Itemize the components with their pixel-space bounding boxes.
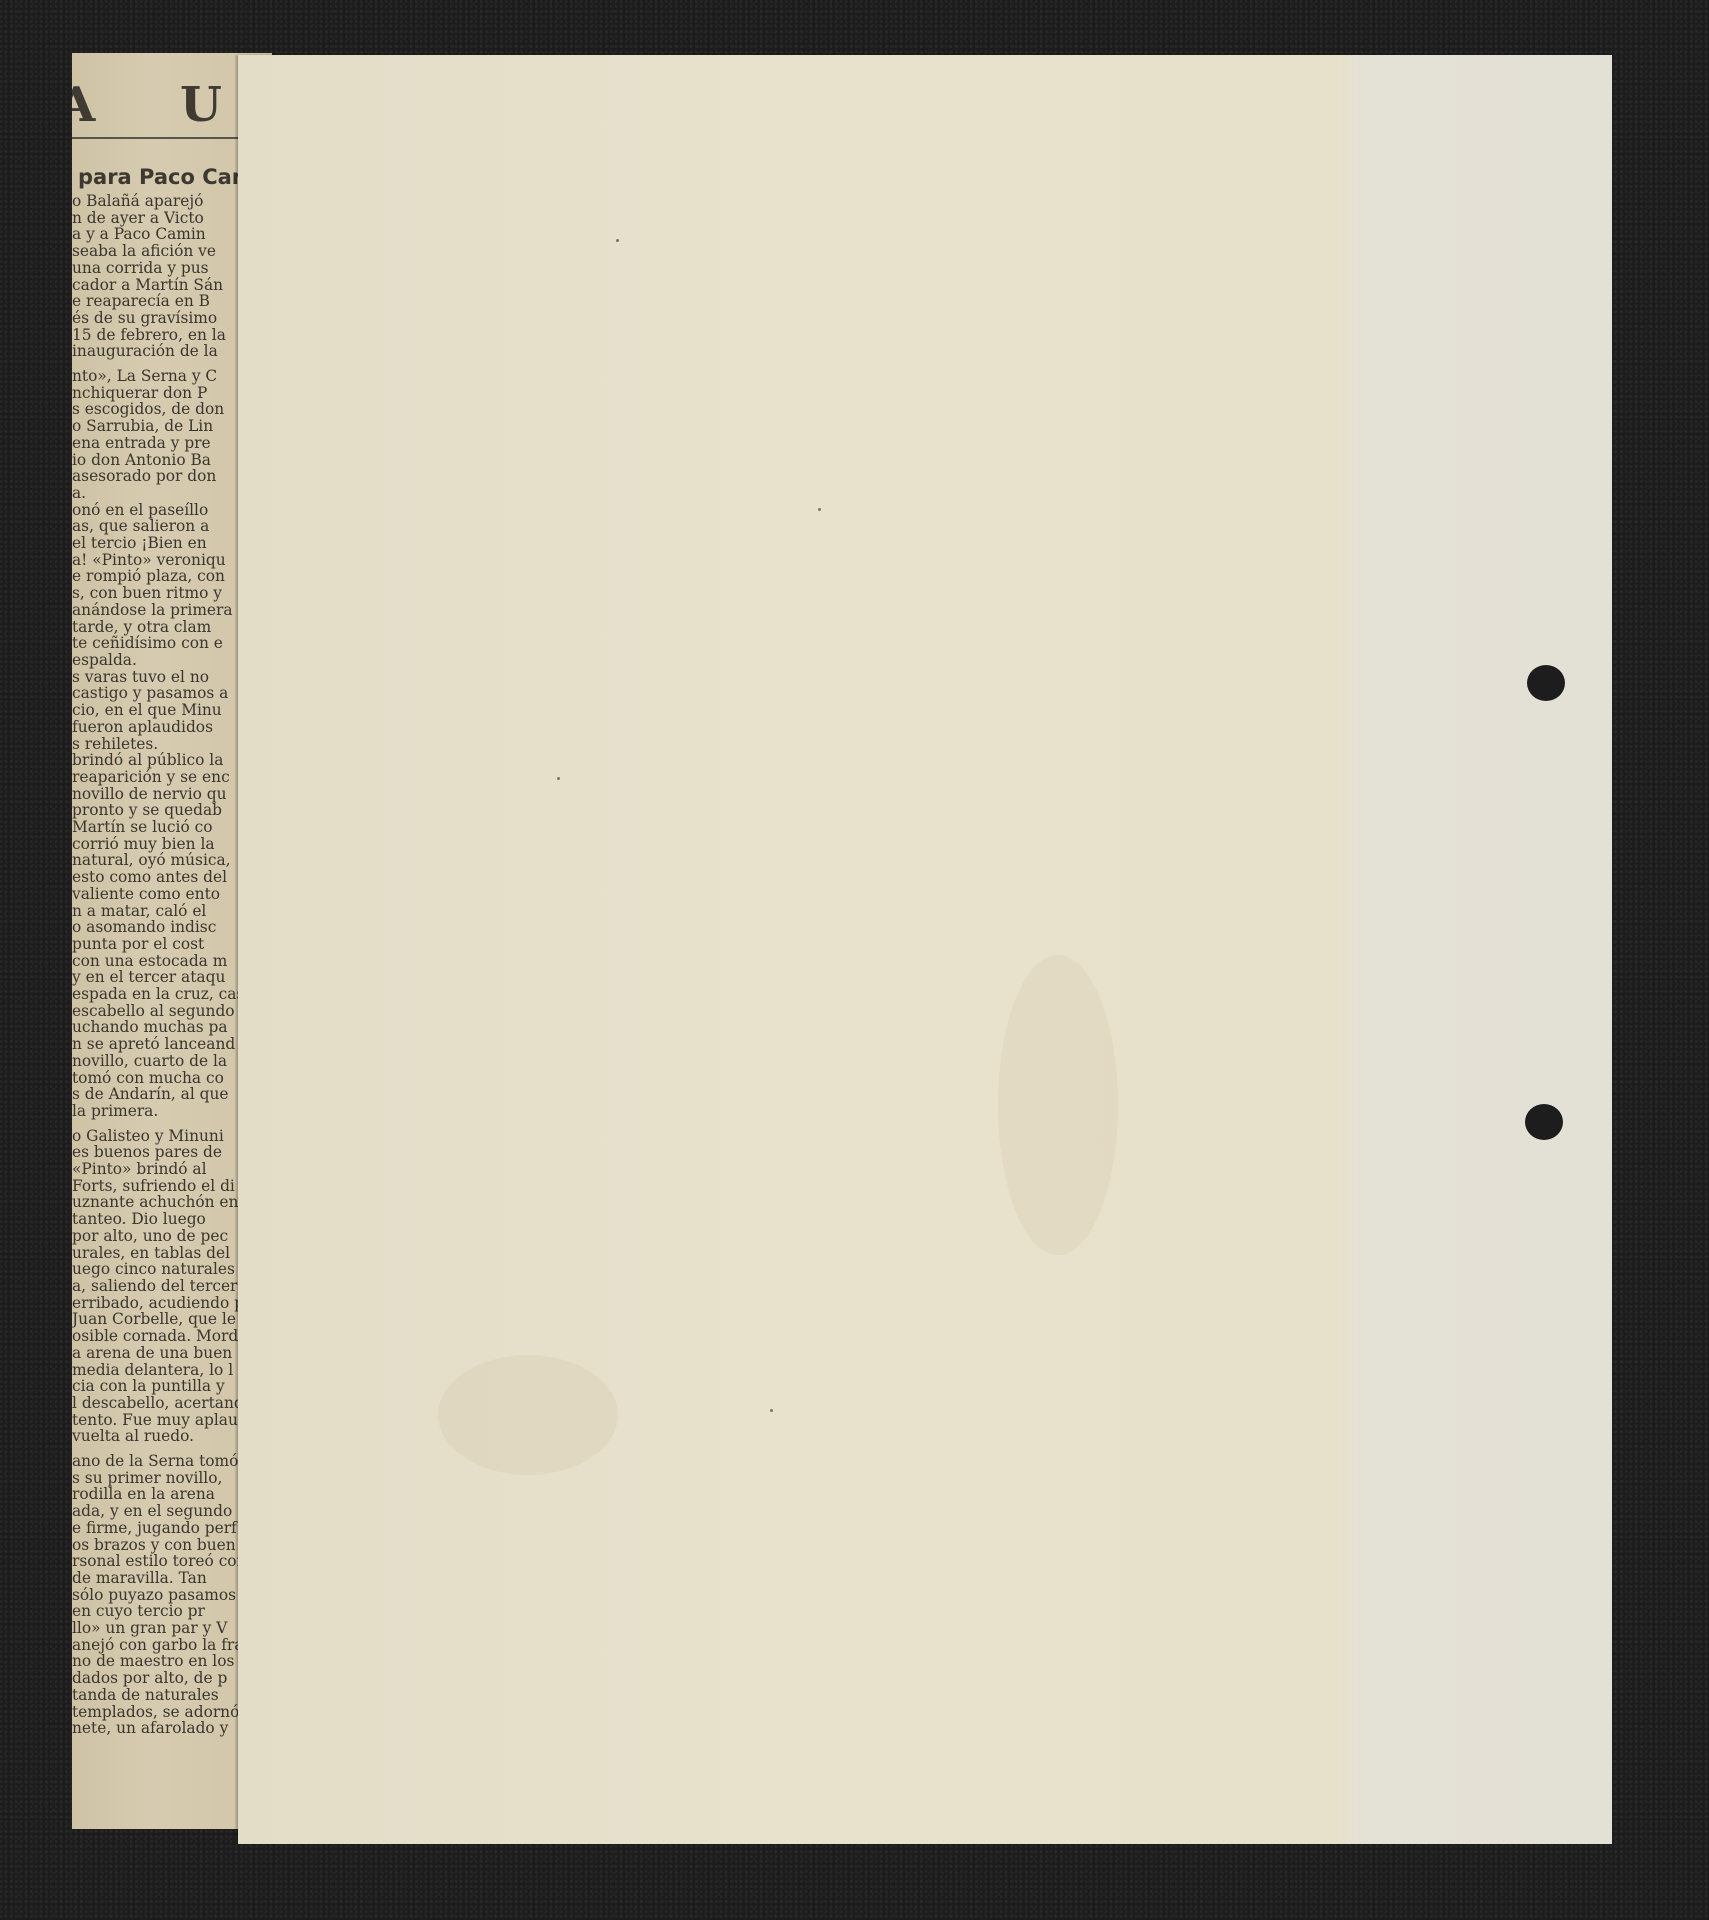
paper-speck [557,777,560,780]
paper-stain [438,1355,618,1475]
paper-speck [616,239,619,242]
paper-speck [818,508,821,511]
punch-hole-bottom [1525,1104,1563,1140]
paper-speck [770,1409,773,1412]
blank-cover-sheet [238,55,1612,1844]
clipping-masthead: A U [72,77,256,133]
clipping-headline: para Paco Cam [78,165,254,189]
punch-hole-top [1527,665,1565,701]
paper-stain [998,955,1118,1255]
